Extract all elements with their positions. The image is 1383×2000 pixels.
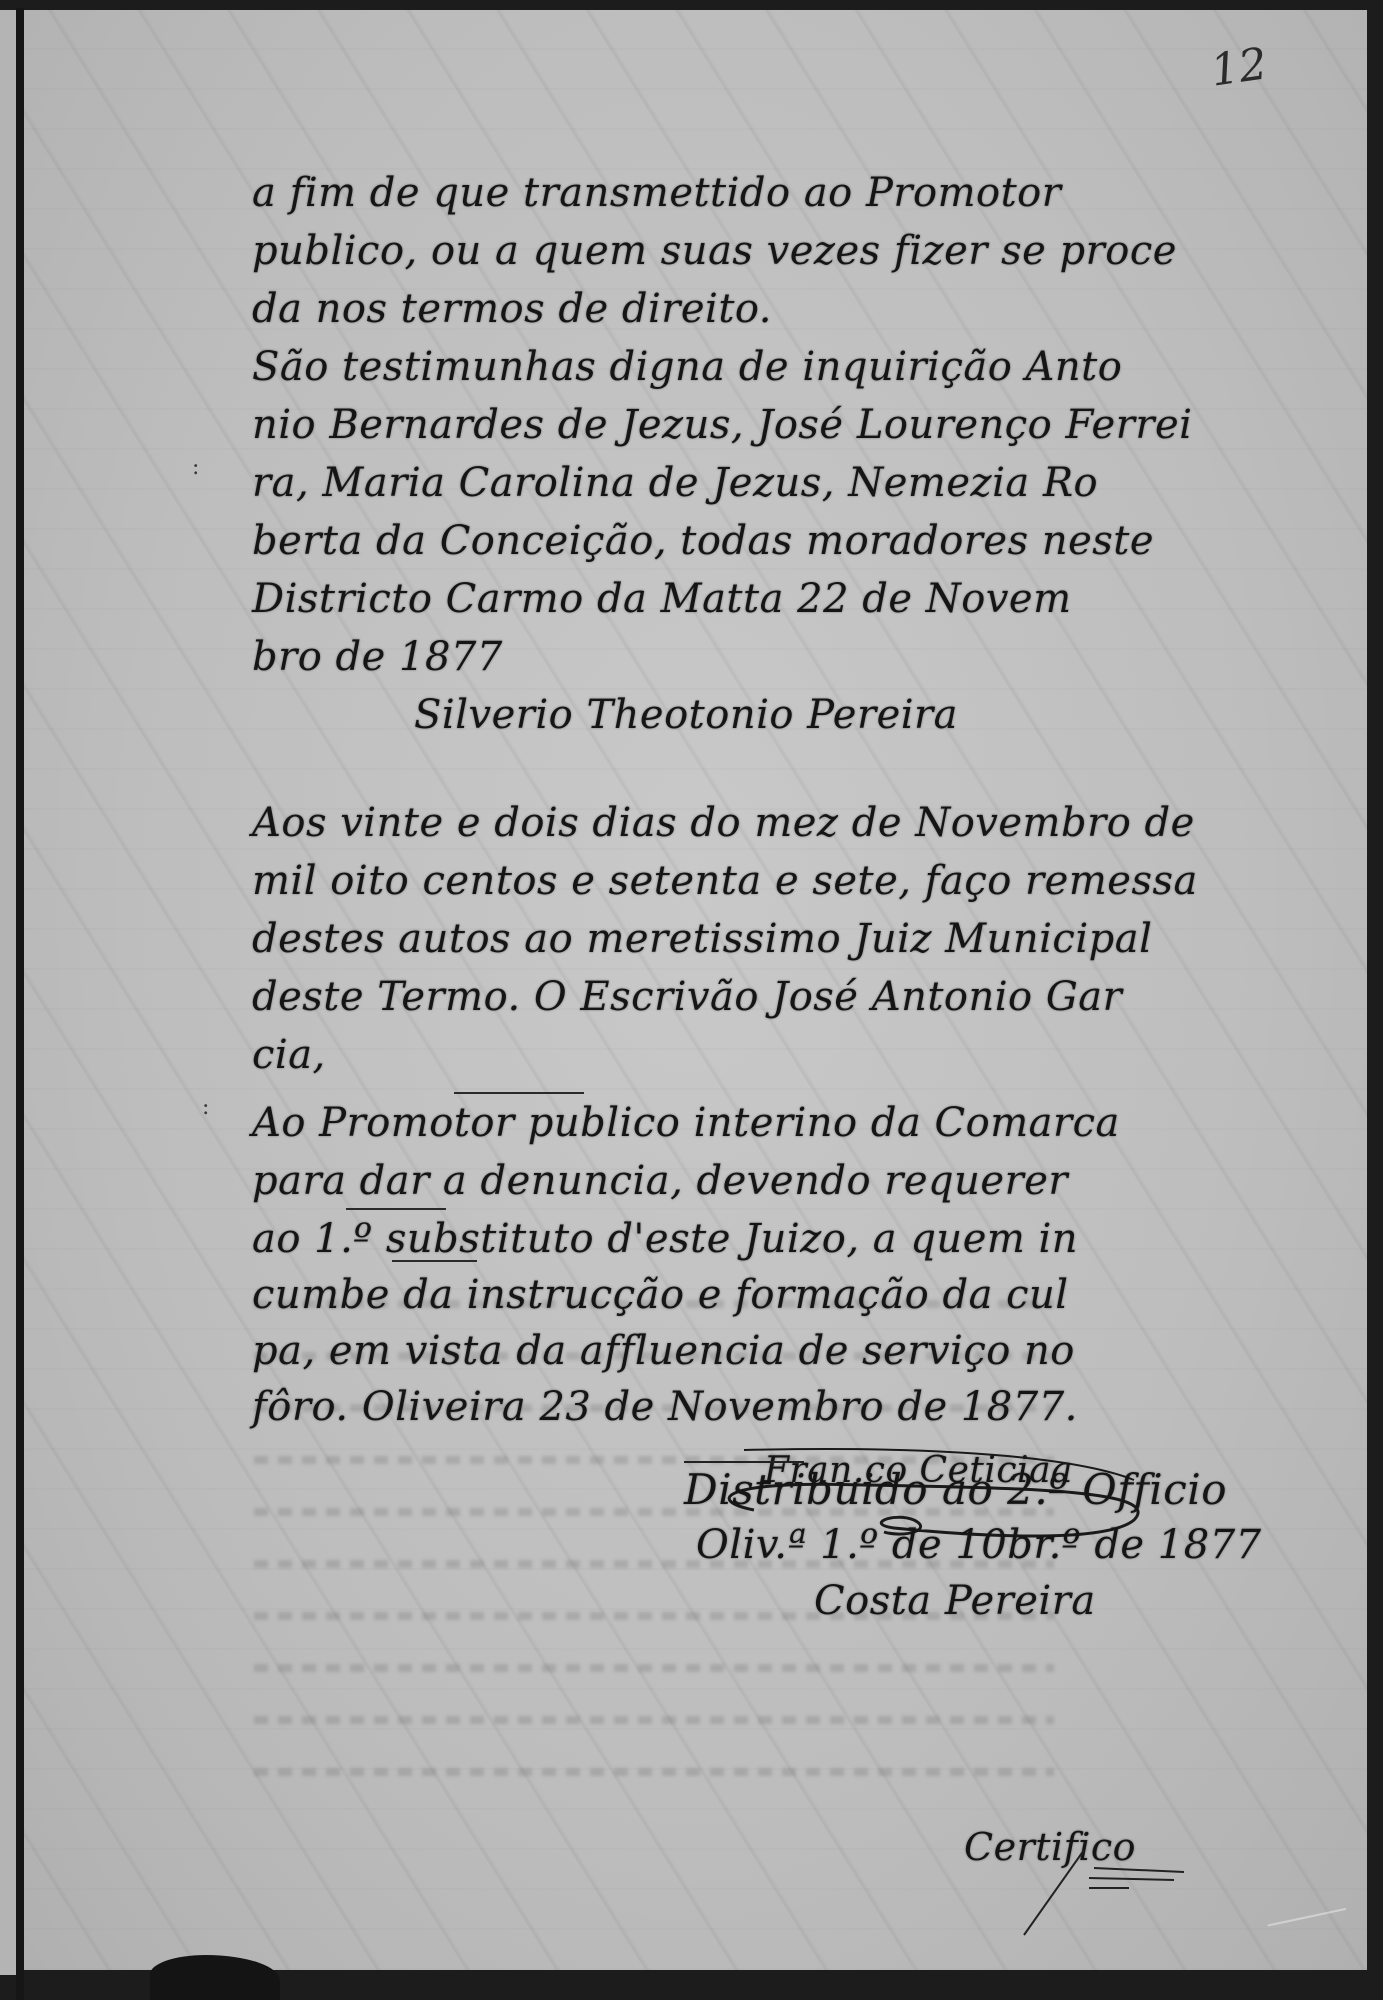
text-line: Districto Carmo da Matta 22 de Novem	[252, 576, 1072, 622]
text-line: a fim de que transmettido ao Promotor	[252, 170, 1061, 216]
text-line: cumbe da instrucção e formação da cul	[252, 1272, 1069, 1318]
binding-gutter	[16, 8, 24, 2000]
adjacent-page-edge	[0, 10, 16, 1975]
document-scan: 12 a fim de que transmettido ao Promotor…	[0, 0, 1383, 2000]
manuscript-page: 12 a fim de que transmettido ao Promotor…	[24, 10, 1367, 1970]
text-line: pa, em vista da affluencia de serviço no	[252, 1328, 1075, 1374]
distribution-line: Distribuido ao 2.º Officio	[684, 1465, 1227, 1514]
overline-mark	[454, 1092, 584, 1094]
text-line: Aos vinte e dois dias do mez de Novembro…	[252, 800, 1195, 846]
overline-mark	[346, 1208, 446, 1210]
text-line: publico, ou a quem suas vezes fizer se p…	[252, 228, 1177, 274]
distribution-signature: Costa Pereira	[814, 1578, 1096, 1624]
margin-mark: :	[192, 455, 199, 480]
distribution-line: Oliv.ª 1.º de 10br.º de 1877	[696, 1522, 1262, 1568]
margin-mark: :	[202, 1095, 209, 1120]
certifico-underline	[954, 1850, 1214, 1940]
text-line: bro de 1877	[252, 634, 503, 680]
text-line: fôro. Oliveira 23 de Novembro de 1877.	[252, 1384, 1078, 1430]
text-line: para dar a denuncia, devendo requerer	[252, 1158, 1068, 1204]
text-line: da nos termos de direito.	[252, 286, 772, 332]
overline-mark	[392, 1260, 477, 1262]
text-line: nio Bernardes de Jezus, José Lourenço Fe…	[252, 402, 1192, 448]
signature-silverio: Silverio Theotonio Pereira	[414, 692, 958, 738]
text-line: ao 1.º substituto d'este Juizo, a quem i…	[252, 1216, 1078, 1262]
page-corner-fold	[1268, 1908, 1351, 1946]
text-line: ra, Maria Carolina de Jezus, Nemezia Ro	[252, 460, 1098, 506]
text-line: destes autos ao meretissimo Juiz Municip…	[252, 916, 1152, 962]
text-line: berta da Conceição, todas moradores nest…	[252, 518, 1154, 564]
text-line: deste Termo. O Escrivão José Antonio Gar	[252, 974, 1122, 1020]
folio-number: 12	[1208, 38, 1271, 96]
text-line: São testimunhas digna de inquirição Anto	[252, 344, 1122, 390]
text-line: mil oito centos e setenta e sete, faço r…	[252, 858, 1198, 904]
text-line: Ao Promotor publico interino da Comarca	[252, 1100, 1120, 1146]
text-line: cia,	[252, 1032, 326, 1078]
